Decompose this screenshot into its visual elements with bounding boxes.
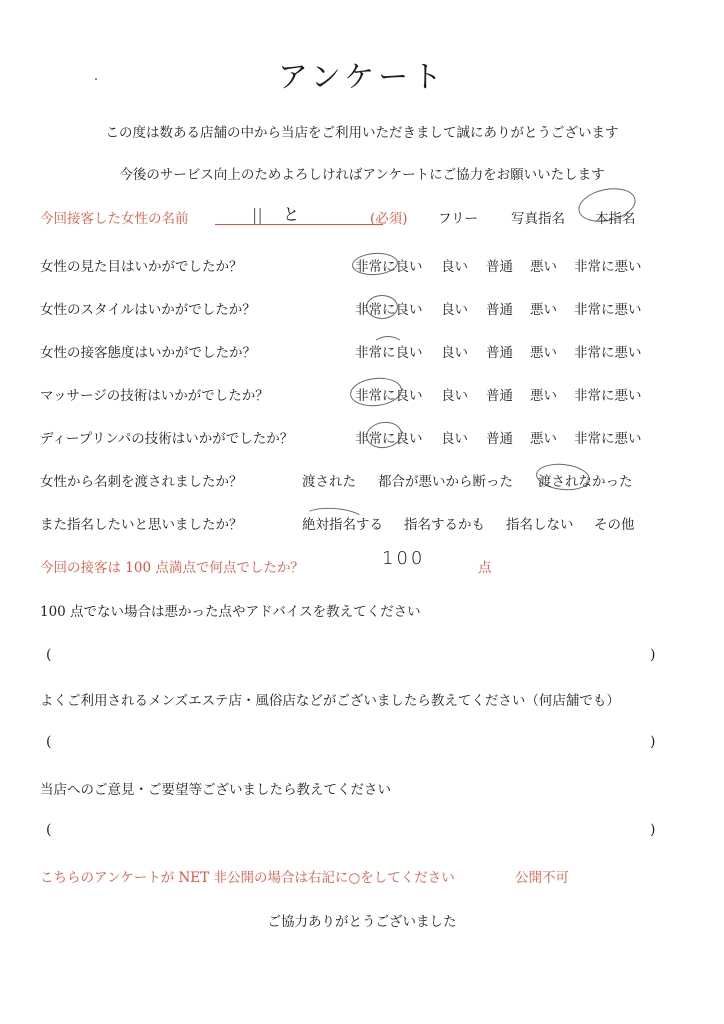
option-bad[interactable]: 悪い	[530, 384, 557, 404]
option-declined[interactable]: 都合が悪いから断った	[378, 470, 513, 490]
close-paren: )	[650, 734, 655, 750]
option-maybe[interactable]: 指名するかも	[404, 513, 485, 533]
option-no[interactable]: 指名しない	[506, 513, 574, 533]
option-good[interactable]: 良い	[441, 255, 468, 275]
option-bad[interactable]: 悪い	[530, 341, 557, 361]
page-title: アンケート	[0, 52, 724, 96]
option-very-bad[interactable]: 非常に悪い	[574, 384, 642, 404]
option-very-bad[interactable]: 非常に悪い	[574, 255, 642, 275]
option-good[interactable]: 良い	[441, 384, 468, 404]
option-other[interactable]: その他	[594, 513, 635, 533]
option-normal[interactable]: 普通	[486, 384, 513, 404]
score-input[interactable]: 100	[382, 548, 425, 569]
name-handwriting: || と	[252, 205, 299, 224]
option-received[interactable]: 渡された	[302, 470, 356, 490]
closing-message: ご協力ありがとうございました	[0, 910, 724, 930]
open-paren: (	[46, 734, 51, 750]
option-good[interactable]: 良い	[441, 298, 468, 318]
question-label: また指名したいと思いましたか？	[40, 513, 243, 533]
name-field-label: 今回接客した女性の名前	[40, 207, 189, 227]
close-paren: )	[650, 647, 655, 663]
selection-stroke-icon	[372, 336, 404, 358]
score-unit: 点	[478, 556, 492, 576]
other-shops-answer-field[interactable]	[60, 732, 640, 754]
question-label: 女性から名刺を渡されましたか？	[40, 470, 243, 490]
open-paren: (	[46, 822, 51, 838]
close-paren: )	[650, 822, 655, 838]
question-label: 今回の接客は 100 点満点で何点でしたか？	[40, 556, 304, 576]
question-label: 女性の見た目はいかがでしたか？	[40, 255, 243, 275]
option-normal[interactable]: 普通	[486, 427, 513, 447]
option-normal[interactable]: 普通	[486, 341, 513, 361]
option-very-bad[interactable]: 非常に悪い	[574, 427, 642, 447]
question-label: よくご利用されるメンズエステ店・風俗店などがございましたら教えてください（何店舗…	[40, 689, 620, 709]
option-good[interactable]: 良い	[441, 427, 468, 447]
open-paren: (	[46, 647, 51, 663]
option-normal[interactable]: 普通	[486, 255, 513, 275]
advice-answer-field[interactable]	[60, 645, 640, 667]
option-bad[interactable]: 悪い	[530, 427, 557, 447]
privacy-label: こちらのアンケートが NET 非公開の場合は右記に○をしてください	[40, 866, 455, 886]
option-normal[interactable]: 普通	[486, 298, 513, 318]
intro-line-1: この度は数ある店舗の中から当店をご利用いただきまして誠にありがとうございます	[0, 121, 724, 141]
option-bad[interactable]: 悪い	[530, 255, 557, 275]
option-good[interactable]: 良い	[441, 341, 468, 361]
option-very-bad[interactable]: 非常に悪い	[574, 298, 642, 318]
option-bad[interactable]: 悪い	[530, 298, 557, 318]
question-label: 100 点でない場合は悪かった点やアドバイスを教えてください	[40, 600, 421, 620]
intro-line-2: 今後のサービス向上のためよろしければアンケートにご協力をお願いいたします	[0, 163, 724, 183]
feedback-answer-field[interactable]	[60, 820, 640, 842]
privacy-option-private[interactable]: 公開不可	[515, 866, 569, 886]
option-very-bad[interactable]: 非常に悪い	[574, 341, 642, 361]
question-label: 当店へのご意見・ご要望等ございましたら教えてください	[40, 778, 391, 798]
option-photo-nomination[interactable]: 写真指名	[511, 207, 565, 227]
question-label: マッサージの技術はいかがでしたか？	[40, 384, 269, 404]
question-label: 女性のスタイルはいかがでしたか？	[40, 298, 256, 318]
option-free[interactable]: フリー	[438, 207, 478, 227]
question-label: ディープリンパの技術はいかがでしたか？	[40, 427, 293, 447]
question-label: 女性の接客態度はいかがでしたか？	[40, 341, 256, 361]
name-field-input[interactable]: || と	[252, 202, 299, 225]
required-label: (必須)	[370, 207, 408, 227]
selection-circle-icon	[366, 295, 398, 319]
